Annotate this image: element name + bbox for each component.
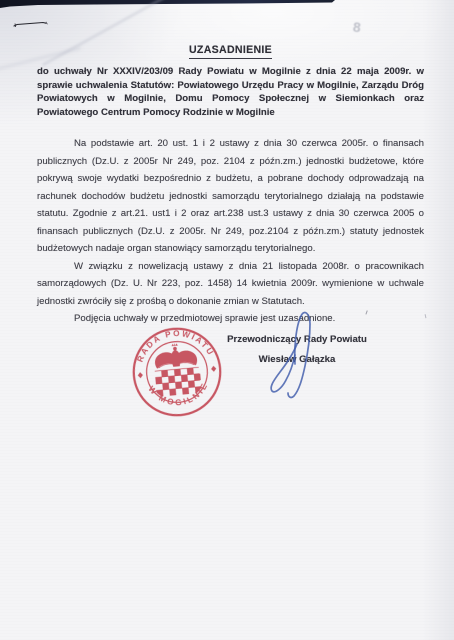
document-subtitle: do uchwały Nr XXXIV/203/09 Rady Powiatu … — [37, 65, 424, 119]
eagle-crown — [171, 343, 178, 346]
county-council-stamp: RADA POWIATU W MOGILNIE — [127, 322, 227, 422]
document-body: Na podstawie art. 20 ust. 1 i 2 ustawy z… — [37, 135, 424, 328]
ink-speck — [425, 314, 429, 319]
handwritten-signature — [240, 298, 330, 406]
scanned-document-page: 8 UZASADNIENIE do uchwały Nr XXXIV/203/0… — [0, 0, 454, 640]
eagle-right-wing — [178, 350, 198, 367]
body-paragraph: W związku z nowelizacją ustawy z dnia 21… — [37, 258, 424, 311]
body-paragraph: Podjęcia uchwały w przedmiotowej sprawie… — [37, 310, 424, 328]
stamp-left-diamond — [138, 372, 144, 378]
body-paragraph: Na podstawie art. 20 ust. 1 i 2 ustawy z… — [37, 135, 424, 258]
document-title: UZASADNIENIE — [37, 44, 424, 56]
stamp-right-diamond — [211, 366, 217, 372]
pen-mark-artifact — [13, 20, 49, 28]
eagle-left-wing — [154, 352, 174, 369]
pencil-mark-artifact: 8 — [352, 19, 362, 36]
scanner-edge-artifact — [0, 0, 335, 8]
eagle-head — [173, 347, 177, 351]
stamp-coat-of-arms — [152, 341, 201, 397]
eagle-tail — [171, 361, 181, 367]
